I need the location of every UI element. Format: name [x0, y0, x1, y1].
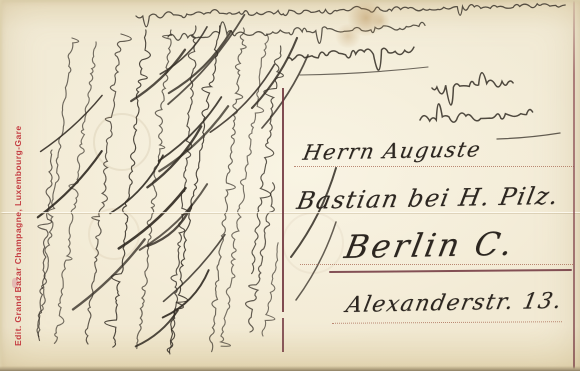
address-care-of: Bastian bei H. Pilz.	[295, 182, 562, 215]
address-city: Berlin C.	[342, 225, 519, 266]
card-edge	[0, 0, 3, 371]
postcard-back: Herrn Auguste Bastian bei H. Pilz. Berli…	[0, 0, 580, 371]
address-street: Alexanderstr. 13.	[344, 289, 565, 318]
address-block: Herrn Auguste Bastian bei H. Pilz. Berli…	[0, 0, 580, 371]
card-edge	[0, 0, 580, 3]
publisher-imprint: Edit. Grand Bazar Champagne, Luxembourg-…	[13, 92, 23, 346]
address-recipient: Herrn Auguste	[301, 137, 483, 165]
card-edge	[0, 366, 580, 371]
